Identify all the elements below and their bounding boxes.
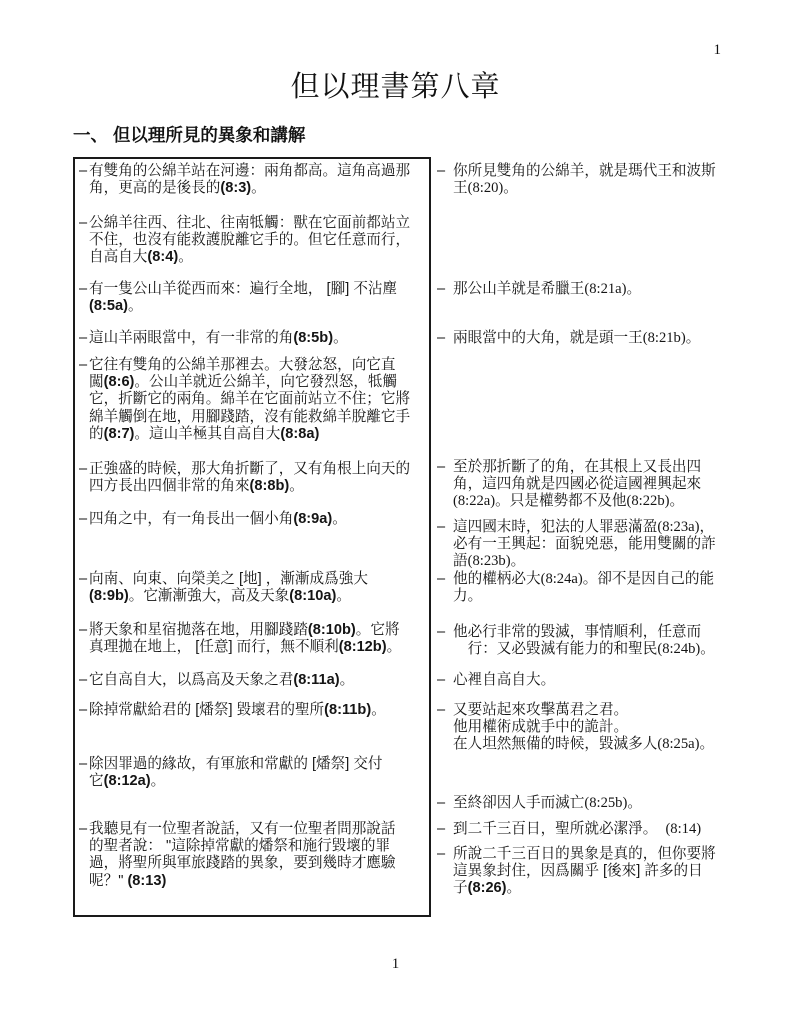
document-title: 但以理書第八章 xyxy=(0,64,791,105)
vision-item-8-10b-12b: 將天象和星宿拋落在地，用腳踐踏(8:10b)。它將 真理拋在地上， [任意] 而… xyxy=(79,622,441,656)
vision-item-8-4: 公綿羊往西、往北、往南牴觸：獸在它面前都站立 不住，也沒有能救護脫離它手的。但它… xyxy=(79,215,441,267)
vision-item-8-5a: 有一隻公山羊從西而來：遍行全地， [腳] 不沾塵 (8:5a)。 xyxy=(79,281,441,315)
interp-item-8-24a: 他的權柄必大(8:24a)。卻不是因自己的能 力。 xyxy=(437,571,769,605)
vision-item-8-3: 有雙角的公綿羊站在河邊：兩角都高。這角高過那 角，更高的是後長的(8:3)。 xyxy=(79,163,441,197)
vision-item-8-9b-10a: 向南、向東、向榮美之 [地] ，漸漸成爲強大 (8:9b)。它漸漸強大，高及天象… xyxy=(79,571,441,605)
interp-item-8-23: 這四國末時，犯法的人罪惡滿盈(8:23a)， 必有一王興起：面貌兇惡，能用雙關的… xyxy=(437,519,769,571)
vision-item-8-8b: 正強盛的時候，那大角折斷了，又有角根上向天的 四方長出四個非常的角來(8:8b)… xyxy=(79,461,441,495)
interp-item-8-22: 至於那折斷了的角，在其根上又長出四 角，這四角就是四國必從這國裡興起來 (8:2… xyxy=(437,459,769,511)
interp-item-8-26: 所說二千三百日的異象是真的，但你要將 這異象封住，因爲關乎 [後來] 許多的日 … xyxy=(437,846,769,898)
page-number-top: 1 xyxy=(714,42,722,59)
interp-item-8-25b: 至終卻因人手而滅亡(8:25b)。 xyxy=(437,795,769,812)
vision-item-8-5b: 這山羊兩眼當中，有一非常的角(8:5b)。 xyxy=(79,330,441,347)
interp-item-8-24b: 他必行非常的毀滅，事情順利，任意而 行：又必毀滅有能力的和聖民(8:24b)。 xyxy=(437,624,769,658)
vision-item-8-11a: 它自高自大，以爲高及天象之君(8:11a)。 xyxy=(79,672,441,689)
vision-item-8-12a: 除因罪過的緣故，有軍旅和常獻的 [燔祭] 交付 它(8:12a)。 xyxy=(79,756,441,790)
vision-item-8-9a: 四角之中，有一角長出一個小角(8:9a)。 xyxy=(79,511,441,528)
vision-item-8-6-7-8a: 它往有雙角的公綿羊那裡去。大發忿怒，向它直 闖(8:6)。公山羊就近公綿羊，向它… xyxy=(79,357,441,443)
section-heading: 一、 但以理所見的異象和講解 xyxy=(73,122,305,147)
document-page: 1 但以理書第八章 一、 但以理所見的異象和講解 有雙角的公綿羊站在河邊：兩角都… xyxy=(0,0,791,1024)
interp-item-8-20: 你所見雙角的公綿羊，就是瑪代王和波斯 王(8:20)。 xyxy=(437,163,769,197)
interp-item-8-25a: 又要站起來攻擊萬君之君。 他用權術成就手中的詭計。 在人坦然無備的時候，毀滅多人… xyxy=(437,702,769,754)
interp-item-8-21b: 兩眼當中的大角，就是頭一王(8:21b)。 xyxy=(437,330,769,347)
page-number-bottom: 1 xyxy=(0,956,791,973)
vision-item-8-11b: 除掉常獻給君的 [燔祭] 毀壞君的聖所(8:11b)。 xyxy=(79,702,441,719)
interp-item-8-14: 到二千三百日，聖所就必潔淨。 (8:14) xyxy=(437,821,769,838)
interp-item-8-21a: 那公山羊就是希臘王(8:21a)。 xyxy=(437,281,769,298)
vision-box-border xyxy=(73,157,431,917)
interp-item-pride: 心裡自高自大。 xyxy=(437,672,769,689)
vision-item-8-13: 我聽見有一位聖者說話，又有一位聖者問那說話 的聖者說： "這除掉常獻的燔祭和施行… xyxy=(79,821,441,890)
